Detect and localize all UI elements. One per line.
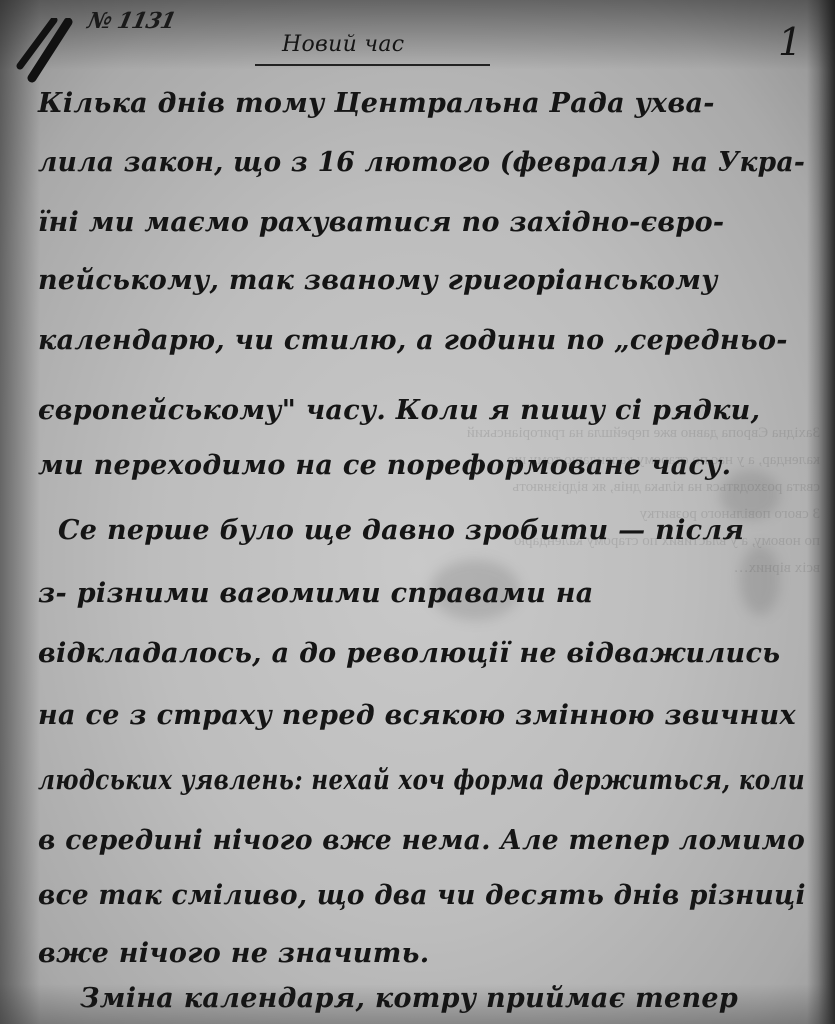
page-number: 1 [778, 20, 802, 64]
manuscript-line: їні ми маємо рахуватися по західно-євро- [38, 207, 724, 238]
manuscript-line: вже нічого не значить. [38, 938, 429, 969]
corner-slash-mark-icon [10, 18, 80, 88]
bleed-through-text: Західна Європа давно вже перейшла на гри… [120, 420, 820, 582]
manuscript-line: людських уявлень: нехай хоч форма держит… [38, 765, 805, 796]
archive-number: № 1131 [85, 8, 177, 34]
manuscript-line: з- різними вагомими справами на [38, 578, 593, 609]
manuscript-line: європейському" часу. Коли я пишу сі рядк… [38, 395, 760, 426]
manuscript-line: Кілька днів тому Центральна Рада ухва- [38, 88, 715, 119]
manuscript-line: календарю, чи стилю, а години по „середн… [38, 325, 788, 356]
scan-edge-left [0, 0, 40, 1024]
manuscript-line: Се перше було ще давно зробити — після [58, 515, 744, 546]
manuscript-line: лила закон, що з 16 лютого (февраля) на … [38, 147, 805, 178]
manuscript-line: відкладалось, а до революції не відважил… [38, 638, 780, 669]
manuscript-line: все так сміливо, що два чи десять днів р… [38, 880, 806, 911]
document-title: Новий час [282, 32, 404, 57]
manuscript-page: Західна Європа давно вже перейшла на гри… [0, 0, 835, 1024]
manuscript-line: пейському, так званому григоріанському [38, 265, 718, 296]
manuscript-line: ми переходимо на се пореформоване часу. [38, 450, 731, 481]
manuscript-line: в середині нічого вже нема. Але тепер ло… [38, 825, 805, 856]
scan-edge-right [807, 0, 835, 1024]
manuscript-line: Зміна календаря, котру приймає тепер [80, 983, 738, 1014]
title-underline [255, 64, 490, 66]
stain [740, 545, 780, 615]
manuscript-line: на се з страху перед всякою змінною звич… [38, 700, 796, 731]
